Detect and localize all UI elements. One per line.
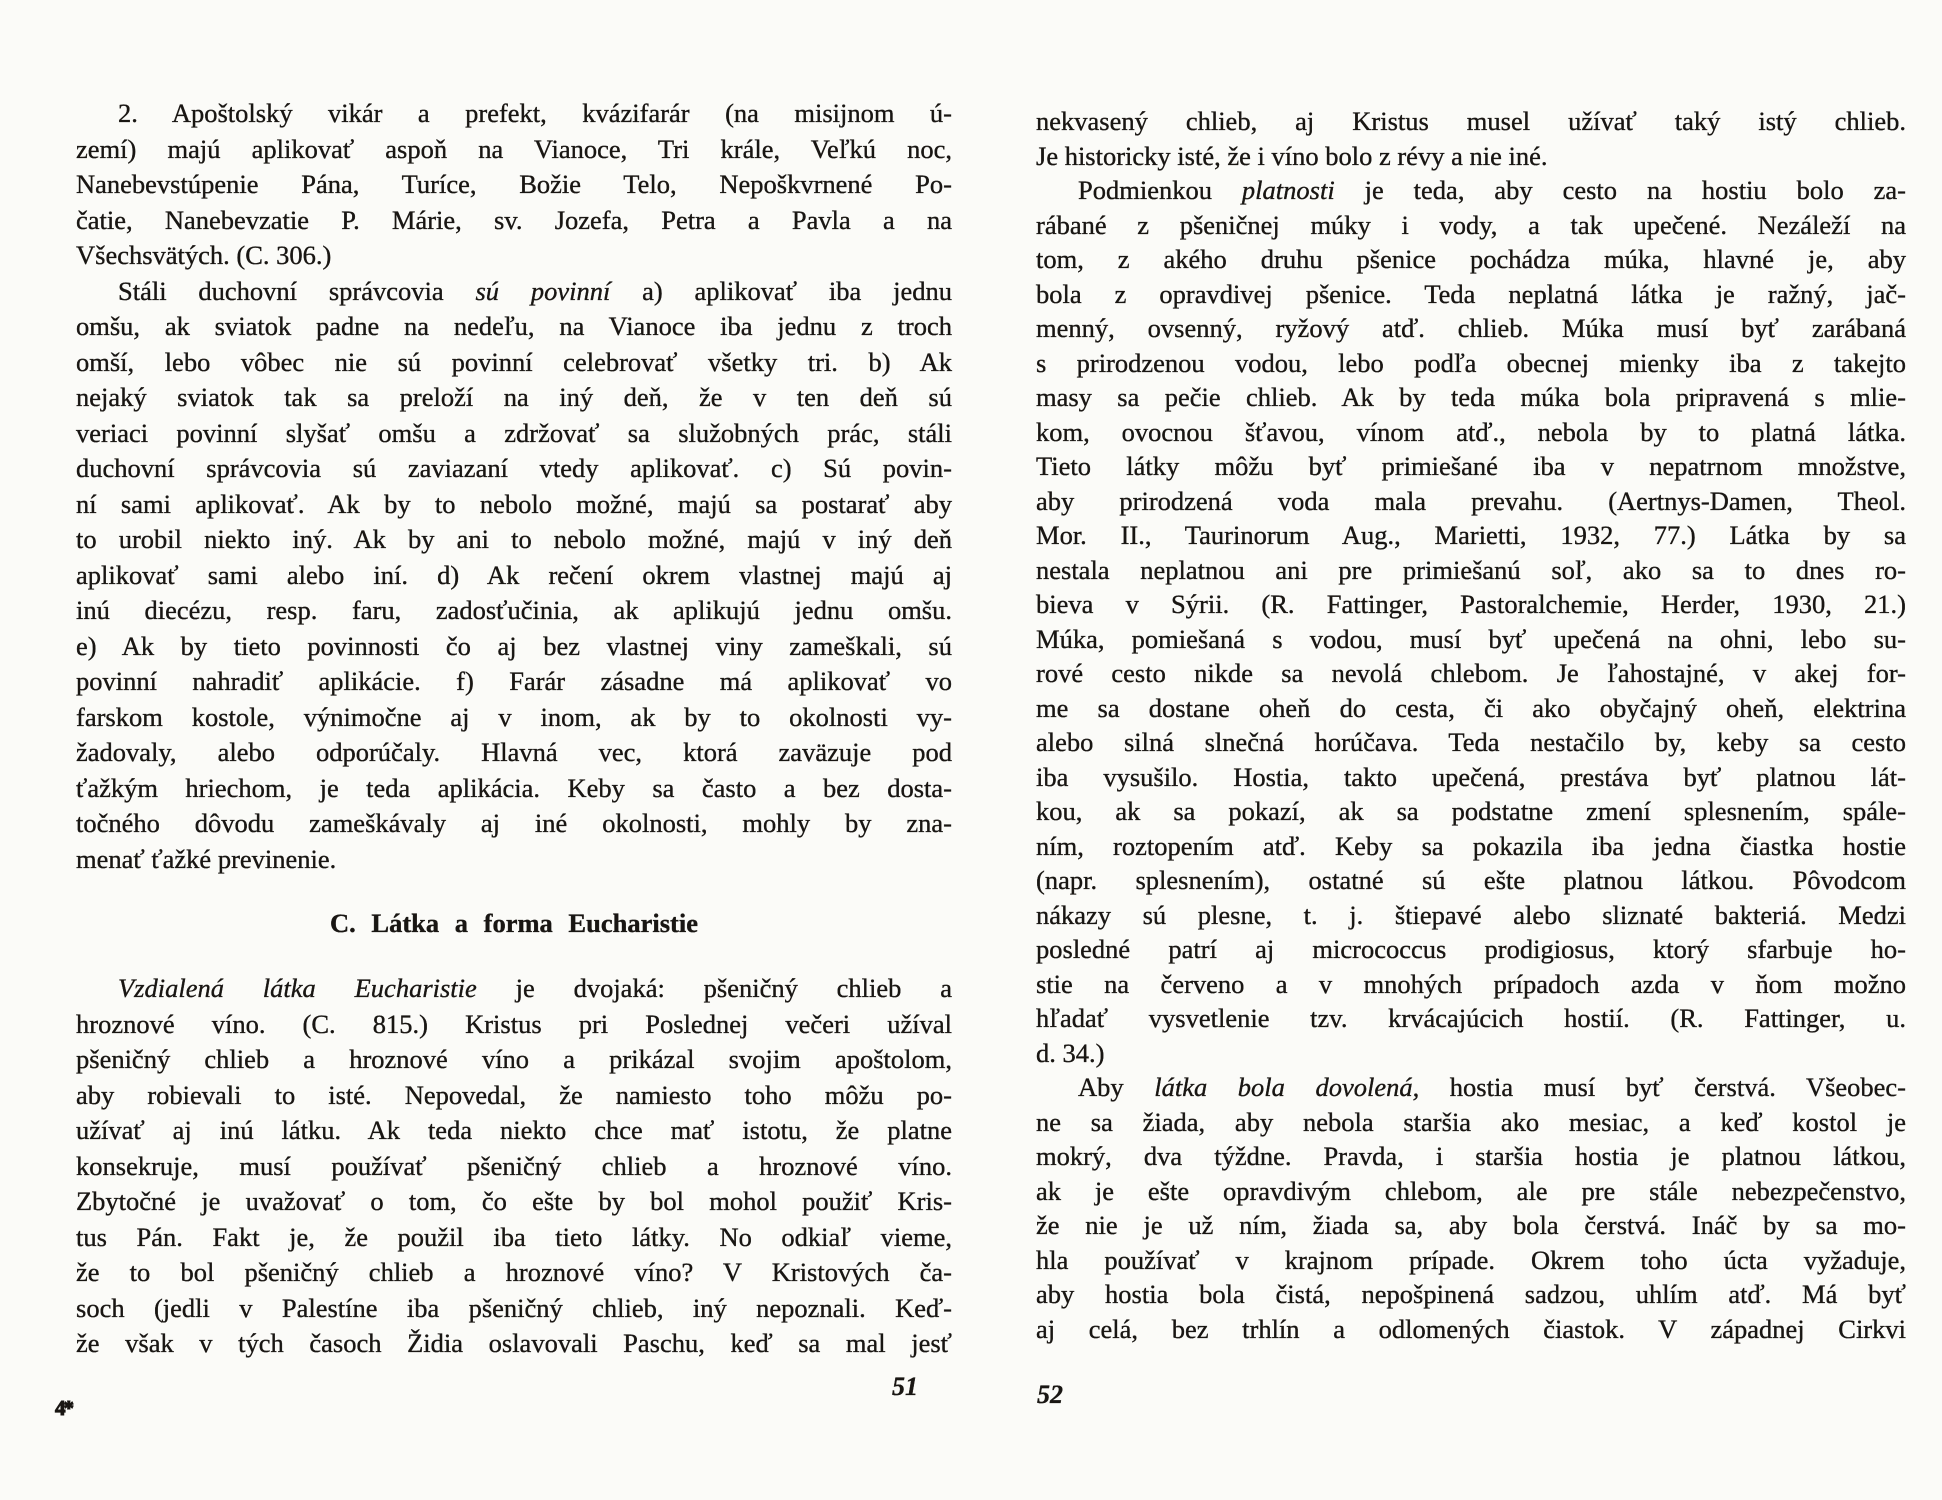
- text-line: nekvasený chlieb, aj Kristus musel užíva…: [1036, 104, 1906, 139]
- text-run: nejaký sviatok tak sa preloží na iný deň…: [76, 382, 952, 412]
- text-line: kom, ovocnou šťavou, vínom atď., nebola …: [1036, 415, 1906, 450]
- page-left-text: 2. Apoštolský vikár a prefekt, kvázifará…: [76, 96, 952, 1362]
- text-line: nestala neplatnou ani pre primiešanú soľ…: [1036, 553, 1906, 588]
- text-run: kom, ovocnou šťavou, vínom atď., nebola …: [1036, 417, 1906, 447]
- text-run: hroznové víno. (C. 815.) Kristus pri Pos…: [76, 1009, 952, 1039]
- text-line: zemí) majú aplikovať aspoň na Vianoce, T…: [76, 132, 952, 168]
- text-line: iba vysušilo. Hostia, takto upečená, pre…: [1036, 760, 1906, 795]
- text-line: nákazy sú plesne, t. j. štiepavé alebo s…: [1036, 898, 1906, 933]
- page-right: nekvasený chlieb, aj Kristus musel užíva…: [1036, 104, 1906, 1346]
- text-line: mokrý, dva týždne. Pravda, i staršia hos…: [1036, 1139, 1906, 1174]
- text-run: točného dôvodu zameškávaly aj iné okolno…: [76, 808, 952, 838]
- text-run: Stáli duchovní správcovia: [118, 276, 475, 306]
- paragraph: Podmienkou platnosti je teda, aby cesto …: [1036, 173, 1906, 1070]
- text-line: kou, ak sa pokazí, ak sa podstatne zmení…: [1036, 794, 1906, 829]
- text-line: menný, ovsenný, ryžový atď. chlieb. Múka…: [1036, 311, 1906, 346]
- text-line: Podmienkou platnosti je teda, aby cesto …: [1036, 173, 1906, 208]
- text-run: rové cesto nikde sa nevolá chlebom. Je ľ…: [1036, 658, 1906, 688]
- text-line: Aby látka bola dovolená, hostia musí byť…: [1036, 1070, 1906, 1105]
- text-run: menný, ovsenný, ryžový atď. chlieb. Múka…: [1036, 313, 1906, 343]
- signature-mark: 4*: [55, 1396, 72, 1421]
- text-line: stie na červeno a v mnohých prípadoch az…: [1036, 967, 1906, 1002]
- page-right-text: nekvasený chlieb, aj Kristus musel užíva…: [1036, 104, 1906, 1346]
- section-heading: C. Látka a forma Eucharistie: [76, 905, 952, 941]
- text-line: alebo silná slnečná horúčava. Teda nesta…: [1036, 725, 1906, 760]
- text-run: duchovní správcovia sú zaviazaní vtedy a…: [76, 453, 952, 483]
- text-line: d. 34.): [1036, 1036, 1906, 1071]
- text-line: Stáli duchovní správcovia sú povinní a) …: [76, 274, 952, 310]
- text-run: že nie je už ním, žiada sa, aby bola čer…: [1036, 1210, 1906, 1240]
- text-line: aj celá, bez trhlín a odlomených čiastok…: [1036, 1312, 1906, 1347]
- text-run: Všechsvätých. (C. 306.): [76, 240, 331, 270]
- text-line: Nanebevstúpenie Pána, Turíce, Božie Telo…: [76, 167, 952, 203]
- text-line: že nie je už ním, žiada sa, aby bola čer…: [1036, 1208, 1906, 1243]
- text-line: pšeničný chlieb a hroznové víno a prikáz…: [76, 1042, 952, 1078]
- text-run: alebo silná slnečná horúčava. Teda nesta…: [1036, 727, 1906, 757]
- text-line: hľadať vysvetlenie tzv. krvácajúcich hos…: [1036, 1001, 1906, 1036]
- text-run: inú diecézu, resp. faru, zadosťučinia, a…: [76, 595, 952, 625]
- text-line: hroznové víno. (C. 815.) Kristus pri Pos…: [76, 1007, 952, 1043]
- text-line: Zbytočné je uvažovať o tom, čo ešte by b…: [76, 1184, 952, 1220]
- text-run: Nanebevstúpenie Pána, Turíce, Božie Telo…: [76, 169, 952, 199]
- text-line: Tieto látky môžu byť primiešané iba v ne…: [1036, 449, 1906, 484]
- text-run: kou, ak sa pokazí, ak sa podstatne zmení…: [1036, 796, 1906, 826]
- paragraph: Aby látka bola dovolená, hostia musí byť…: [1036, 1070, 1906, 1346]
- text-run: aj celá, bez trhlín a odlomených čiastok…: [1036, 1314, 1906, 1344]
- text-run: tus Pán. Fakt je, že použil iba tieto lá…: [76, 1222, 952, 1252]
- text-run: iba vysušilo. Hostia, takto upečená, pre…: [1036, 762, 1906, 792]
- text-line: duchovní správcovia sú zaviazaní vtedy a…: [76, 451, 952, 487]
- text-run: me sa dostane oheň do cesta, či ako obyč…: [1036, 693, 1906, 723]
- paragraph: 2. Apoštolský vikár a prefekt, kvázifará…: [76, 96, 952, 274]
- text-run: Zbytočné je uvažovať o tom, čo ešte by b…: [76, 1186, 952, 1216]
- text-run: aby robievali to isté. Nepovedal, že nam…: [76, 1080, 952, 1110]
- page-number-right: 52: [1037, 1380, 1063, 1410]
- text-run: aby prirodzená voda mala prevahu. (Aertn…: [1036, 486, 1906, 516]
- text-line: s prirodzenou vodou, lebo podľa obecnej …: [1036, 346, 1906, 381]
- text-line: konsekruje, musí používať pšeničný chlie…: [76, 1149, 952, 1185]
- text-line: soch (jedli v Palestíne iba pšeničný chl…: [76, 1291, 952, 1327]
- text-line: to urobil niekto iný. Ak by ani to nebol…: [76, 522, 952, 558]
- text-run: konsekruje, musí používať pšeničný chlie…: [76, 1151, 952, 1181]
- text-line: ní sami aplikovať. Ak by to nebolo možné…: [76, 487, 952, 523]
- text-run: hostia musí byť čerstvá. Všeobec-: [1419, 1072, 1906, 1102]
- text-run: ní sami aplikovať. Ak by to nebolo možné…: [76, 489, 952, 519]
- text-run: ne sa žiada, aby nebola staršia ako mesi…: [1036, 1107, 1906, 1137]
- text-run: menať ťažké previnenie.: [76, 844, 336, 874]
- text-run: rábané z pšeničnej múky i vody, a tak up…: [1036, 210, 1906, 240]
- text-run: aplikovať sami alebo iní. d) Ak rečení o…: [76, 560, 952, 590]
- text-line: inú diecézu, resp. faru, zadosťučinia, a…: [76, 593, 952, 629]
- text-run: (napr. splesnením), ostatné sú ešte plat…: [1036, 865, 1906, 895]
- text-run: užívať aj inú látku. Ak teda niekto chce…: [76, 1115, 952, 1145]
- text-line: ne sa žiada, aby nebola staršia ako mesi…: [1036, 1105, 1906, 1140]
- text-run: stie na červeno a v mnohých prípadoch az…: [1036, 969, 1906, 999]
- text-run: Tieto látky môžu byť primiešané iba v ne…: [1036, 451, 1906, 481]
- text-run: ak je ešte opravdivým chlebom, ale pre s…: [1036, 1176, 1906, 1206]
- paragraph: Vzdialená látka Eucharistie je dvojaká: …: [76, 971, 952, 1362]
- text-run: je teda, aby cesto na hostiu bolo za-: [1335, 175, 1906, 205]
- text-line: ak je ešte opravdivým chlebom, ale pre s…: [1036, 1174, 1906, 1209]
- text-run: d. 34.): [1036, 1038, 1104, 1068]
- paragraph: nekvasený chlieb, aj Kristus musel užíva…: [1036, 104, 1906, 173]
- text-line: povinní nahradiť aplikácie. f) Farár zás…: [76, 664, 952, 700]
- text-line: 2. Apoštolský vikár a prefekt, kvázifará…: [76, 96, 952, 132]
- text-run: posledné patrí aj micrococcus prodigiosu…: [1036, 934, 1906, 964]
- text-run: žadovaly, alebo odporúčaly. Hlavná vec, …: [76, 737, 952, 767]
- text-line: e) Ak by tieto povinnosti čo aj bez vlas…: [76, 629, 952, 665]
- italic-text: sú povinní: [475, 276, 610, 306]
- text-line: (napr. splesnením), ostatné sú ešte plat…: [1036, 863, 1906, 898]
- text-run: to urobil niekto iný. Ak by ani to nebol…: [76, 524, 952, 554]
- text-line: omšu, ak sviatok padne na nedeľu, na Via…: [76, 309, 952, 345]
- text-line: aby prirodzená voda mala prevahu. (Aertn…: [1036, 484, 1906, 519]
- text-run: zemí) majú aplikovať aspoň na Vianoce, T…: [76, 134, 952, 164]
- text-line: posledné patrí aj micrococcus prodigiosu…: [1036, 932, 1906, 967]
- text-line: aplikovať sami alebo iní. d) Ak rečení o…: [76, 558, 952, 594]
- text-line: menať ťažké previnenie.: [76, 842, 952, 878]
- text-run: hla používať v krajnom prípade. Okrem to…: [1036, 1245, 1906, 1275]
- text-line: Vzdialená látka Eucharistie je dvojaká: …: [76, 971, 952, 1007]
- text-line: točného dôvodu zameškávaly aj iné okolno…: [76, 806, 952, 842]
- text-run: mokrý, dva týždne. Pravda, i staršia hos…: [1036, 1141, 1906, 1171]
- text-run: s prirodzenou vodou, lebo podľa obecnej …: [1036, 348, 1906, 378]
- text-run: masy sa pečie chlieb. Ak by teda múka bo…: [1036, 382, 1906, 412]
- text-line: ťažkým hriechom, je teda aplikácia. Keby…: [76, 771, 952, 807]
- text-run: pšeničný chlieb a hroznové víno a prikáz…: [76, 1044, 952, 1074]
- text-run: bola z opravdivej pšenice. Teda neplatná…: [1036, 279, 1906, 309]
- text-line: rové cesto nikde sa nevolá chlebom. Je ľ…: [1036, 656, 1906, 691]
- italic-text: látka bola dovolená,: [1154, 1072, 1419, 1102]
- text-run: ťažkým hriechom, je teda aplikácia. Keby…: [76, 773, 952, 803]
- text-run: a) aplikovať iba jednu: [610, 276, 952, 306]
- text-run: Podmienkou: [1078, 175, 1242, 205]
- text-line: hla používať v krajnom prípade. Okrem to…: [1036, 1243, 1906, 1278]
- text-line: nejaký sviatok tak sa preloží na iný deň…: [76, 380, 952, 416]
- text-run: aby hostia bola čistá, nepošpinená sadzo…: [1036, 1279, 1906, 1309]
- text-run: je dvojaká: pšeničný chlieb a: [477, 973, 952, 1003]
- text-line: farskom kostole, výnimočne aj v inom, ak…: [76, 700, 952, 736]
- paragraph: Stáli duchovní správcovia sú povinní a) …: [76, 274, 952, 878]
- text-line: masy sa pečie chlieb. Ak by teda múka bo…: [1036, 380, 1906, 415]
- text-line: žadovaly, alebo odporúčaly. Hlavná vec, …: [76, 735, 952, 771]
- text-run: nákazy sú plesne, t. j. štiepavé alebo s…: [1036, 900, 1906, 930]
- text-line: čatie, Nanebevzatie P. Márie, sv. Jozefa…: [76, 203, 952, 239]
- text-line: že to bol pšeničný chlieb a hroznové vín…: [76, 1255, 952, 1291]
- text-run: omší, lebo vôbec nie sú povinní celebrov…: [76, 347, 952, 377]
- text-run: bieva v Sýrii. (R. Fattinger, Pastoralch…: [1036, 589, 1906, 619]
- text-run: čatie, Nanebevzatie P. Márie, sv. Jozefa…: [76, 205, 952, 235]
- text-run: farskom kostole, výnimočne aj v inom, ak…: [76, 702, 952, 732]
- text-line: veriaci povinní slyšať omšu a zdržovať s…: [76, 416, 952, 452]
- text-run: povinní nahradiť aplikácie. f) Farár zás…: [76, 666, 952, 696]
- text-run: e) Ak by tieto povinnosti čo aj bez vlas…: [76, 631, 952, 661]
- text-run: veriaci povinní slyšať omšu a zdržovať s…: [76, 418, 952, 448]
- text-run: soch (jedli v Palestíne iba pšeničný chl…: [76, 1293, 952, 1323]
- text-line: bola z opravdivej pšenice. Teda neplatná…: [1036, 277, 1906, 312]
- text-line: me sa dostane oheň do cesta, či ako obyč…: [1036, 691, 1906, 726]
- text-line: Všechsvätých. (C. 306.): [76, 238, 952, 274]
- text-line: Múka, pomiešaná s vodou, musí byť upečen…: [1036, 622, 1906, 657]
- text-run: Múka, pomiešaná s vodou, musí byť upečen…: [1036, 624, 1906, 654]
- text-line: omší, lebo vôbec nie sú povinní celebrov…: [76, 345, 952, 381]
- text-line: aby robievali to isté. Nepovedal, že nam…: [76, 1078, 952, 1114]
- text-run: že to bol pšeničný chlieb a hroznové vín…: [76, 1257, 952, 1287]
- italic-text: platnosti: [1242, 175, 1335, 205]
- text-line: rábané z pšeničnej múky i vody, a tak up…: [1036, 208, 1906, 243]
- text-line: tom, z akého druhu pšenice pochádza múka…: [1036, 242, 1906, 277]
- text-line: že však v tých časoch Židia oslavovali P…: [76, 1326, 952, 1362]
- text-run: nekvasený chlieb, aj Kristus musel užíva…: [1036, 106, 1906, 136]
- text-run: že však v tých časoch Židia oslavovali P…: [76, 1328, 952, 1358]
- text-line: ním, roztopením atď. Keby sa pokazila ib…: [1036, 829, 1906, 864]
- page-number-left: 51: [786, 1372, 918, 1402]
- italic-text: Vzdialená látka Eucharistie: [118, 973, 477, 1003]
- text-line: tus Pán. Fakt je, že použil iba tieto lá…: [76, 1220, 952, 1256]
- text-run: 2. Apoštolský vikár a prefekt, kvázifará…: [118, 98, 952, 128]
- text-run: Mor. II., Taurinorum Aug., Marietti, 193…: [1036, 520, 1906, 550]
- text-line: Je historicky isté, že i víno bolo z rév…: [1036, 139, 1906, 174]
- text-run: omšu, ak sviatok padne na nedeľu, na Via…: [76, 311, 952, 341]
- text-line: Mor. II., Taurinorum Aug., Marietti, 193…: [1036, 518, 1906, 553]
- text-line: bieva v Sýrii. (R. Fattinger, Pastoralch…: [1036, 587, 1906, 622]
- text-run: hľadať vysvetlenie tzv. krvácajúcich hos…: [1036, 1003, 1906, 1033]
- page-left: 2. Apoštolský vikár a prefekt, kvázifará…: [76, 96, 952, 1362]
- text-run: ním, roztopením atď. Keby sa pokazila ib…: [1036, 831, 1906, 861]
- text-run: tom, z akého druhu pšenice pochádza múka…: [1036, 244, 1906, 274]
- text-run: nestala neplatnou ani pre primiešanú soľ…: [1036, 555, 1906, 585]
- book-spread: 2. Apoštolský vikár a prefekt, kvázifará…: [0, 0, 1942, 1500]
- text-run: Je historicky isté, že i víno bolo z rév…: [1036, 141, 1547, 171]
- text-line: aby hostia bola čistá, nepošpinená sadzo…: [1036, 1277, 1906, 1312]
- text-run: Aby: [1078, 1072, 1154, 1102]
- text-line: užívať aj inú látku. Ak teda niekto chce…: [76, 1113, 952, 1149]
